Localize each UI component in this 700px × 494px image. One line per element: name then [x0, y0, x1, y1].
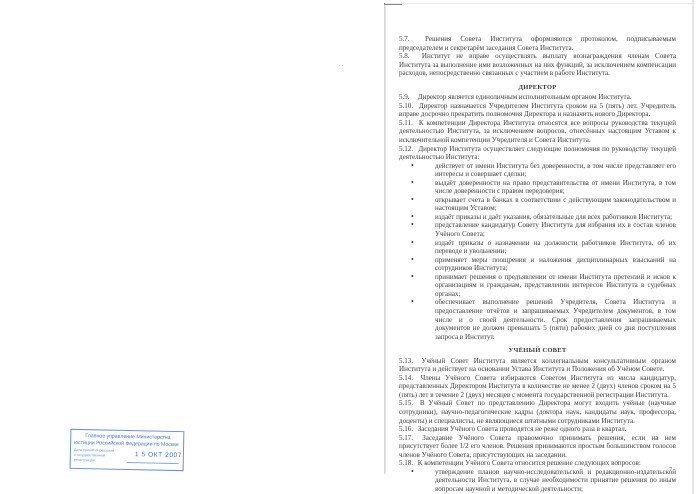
clause-text: Институт не вправе осуществлять выплату …	[399, 52, 676, 77]
section-heading: ДИРЕКТОР	[399, 84, 676, 93]
bullet-item: издаёт приказы о назначении на должности…	[435, 239, 676, 256]
bullet-list: действует от имени Института без доверен…	[399, 162, 676, 341]
clause-text: Учёный Совет Института является коллегиа…	[399, 357, 676, 374]
clause-text: Заседания Учёного Совета проводятся не р…	[418, 425, 627, 433]
right-page-text: 5.7. Решения Совета Института оформляютс…	[399, 35, 676, 493]
clause-text: Директор Института осуществляет следующи…	[399, 145, 676, 162]
registration-stamp: Главное управление Министерства юстиции …	[70, 429, 185, 471]
bullet-item: издаёт приказы и даёт указания, обязател…	[435, 213, 676, 222]
bullet-item: утверждение планов научно-исследовательс…	[435, 468, 676, 494]
clause-text: Директор является единоличным исполнител…	[418, 93, 632, 101]
clause-number: 5.15.	[399, 399, 416, 408]
clause-5-9: 5.9. Директор является единоличным испол…	[399, 93, 676, 102]
stamp-label-line1: Дата принятия решения	[74, 448, 114, 453]
stamp-label-line3: регистрации	[74, 458, 95, 462]
clause-number: 5.12.	[399, 145, 416, 154]
page-right-edge	[692, 0, 694, 494]
clause-text: К компетенции Учёного Совета относится р…	[418, 459, 641, 467]
page-fold	[384, 4, 386, 474]
clause-text: В Учёный Совет по представлению Директор…	[399, 399, 676, 424]
clause-number: 5.11.	[399, 119, 416, 128]
clause-5-10: 5.10. Директор назначается Учредителем И…	[399, 102, 676, 119]
clause-5-15: 5.15. В Учёный Совет по представлению Ди…	[399, 399, 676, 425]
clause-text: Члены Учёного Совета избираются Советом …	[399, 374, 676, 399]
clause-text: Решения Совета Института оформляются про…	[399, 35, 676, 52]
clause-5-11: 5.11. К компетенции Директора Института …	[399, 119, 676, 145]
bullet-item: открывает счета в банках в соответствии …	[435, 196, 676, 213]
clause-text: Заседание Учёного Совета правомочно прин…	[399, 434, 676, 459]
stamp-authority-line2: юстиции Российской Федерации по Москве	[74, 440, 179, 448]
left-page: .. Главное управление Министерства юстиц…	[0, 0, 385, 494]
bullet-item: действует от имени Института без доверен…	[435, 162, 676, 179]
clause-5-13: 5.13. Учёный Совет Института является ко…	[399, 357, 676, 374]
clause-number: 5.9.	[399, 93, 416, 102]
bullet-item: представление кандидатур Совету Институт…	[435, 221, 676, 238]
clause-5-16: 5.16. Заседания Учёного Совета проводятс…	[399, 425, 676, 434]
page-top-edge	[385, 3, 695, 4]
clause-number: 5.17.	[399, 434, 416, 443]
bullet-item: обеспечивает выполнение решений Учредите…	[435, 298, 676, 341]
scan-speck: ..	[339, 62, 344, 68]
section-heading: УЧЁНЫЙ СОВЕТ	[399, 347, 676, 356]
clause-number: 5.7.	[399, 35, 416, 44]
clause-number: 5.16.	[399, 425, 416, 434]
bullet-item: выдаёт доверенности на право представите…	[435, 179, 676, 196]
bullet-item: применяет меры поощрения и наложения дис…	[435, 256, 676, 273]
clause-5-14: 5.14. Члены Учёного Совета избираются Со…	[399, 374, 676, 400]
clause-text: Директор назначается Учредителем Институ…	[399, 102, 676, 119]
clause-5-18: 5.18. К компетенции Учёного Совета относ…	[399, 459, 676, 468]
page-number: 7	[669, 466, 672, 473]
bullet-list: утверждение планов научно-исследовательс…	[399, 468, 676, 494]
clause-text: К компетенции Директора Института относя…	[399, 119, 676, 144]
clause-5-17: 5.17. Заседание Учёного Совета правомочн…	[399, 434, 676, 460]
stamp-signature-line	[127, 462, 179, 464]
stamp-date: 1 5 ОКТ 2007	[135, 451, 182, 459]
stamp-label-line2: о государственной	[74, 453, 105, 458]
bullet-item: принимает решения о предъявлении от имен…	[435, 273, 676, 299]
clause-5-7: 5.7. Решения Совета Института оформляютс…	[399, 35, 676, 52]
clause-number: 5.10.	[399, 102, 416, 111]
clause-number: 5.8.	[399, 52, 416, 61]
clause-number: 5.14.	[399, 374, 416, 383]
clause-5-8: 5.8. Институт не вправе осуществлять вып…	[399, 52, 676, 78]
clause-5-12: 5.12. Директор Института осуществляет сл…	[399, 145, 676, 162]
clause-number: 5.13.	[399, 357, 416, 366]
